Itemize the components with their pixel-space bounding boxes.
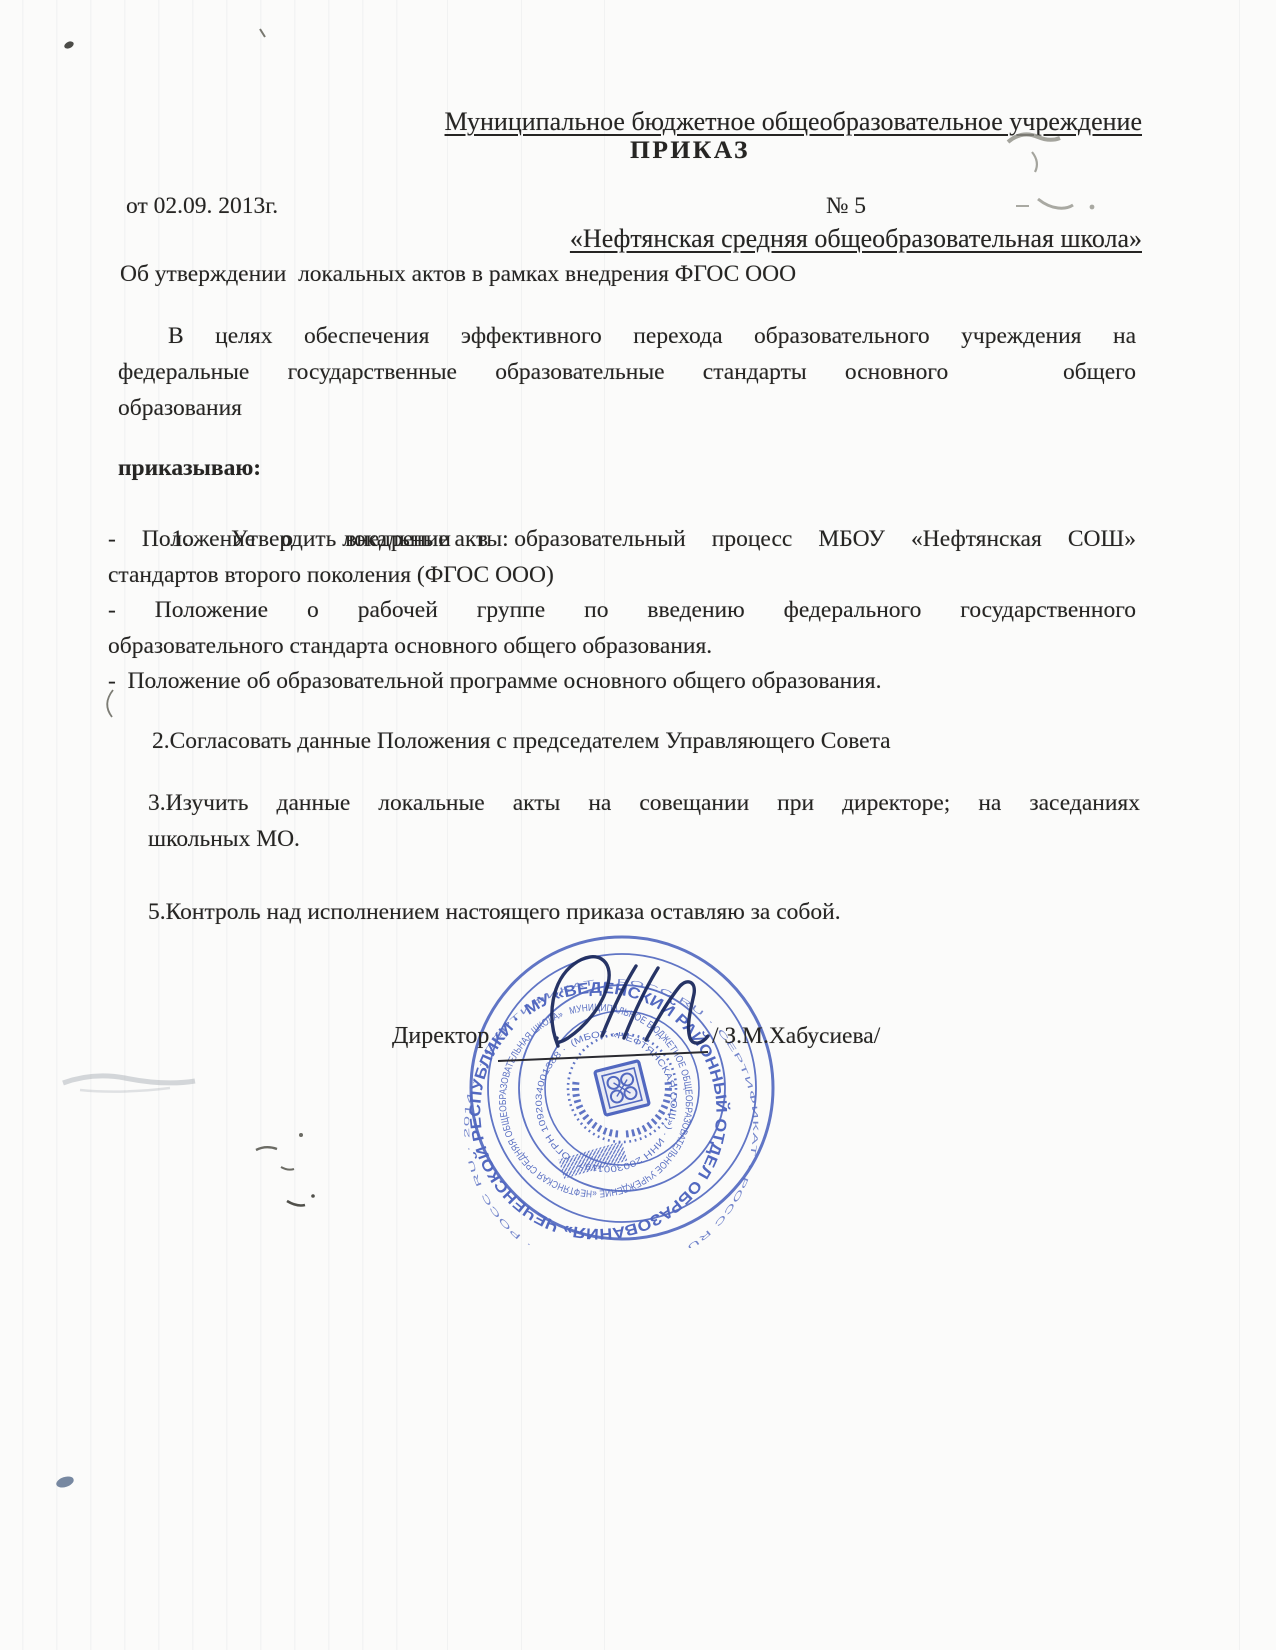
order-item-3: 3.Изучить данные локальные акты на совещ… bbox=[148, 785, 1140, 857]
local-act-2: - Положение о рабочей группе по введению… bbox=[108, 592, 1136, 664]
preamble-line: федеральные государственные образователь… bbox=[118, 354, 1136, 390]
ink-blob-bottom-left bbox=[55, 1474, 75, 1489]
scanned-order-document: Муниципальное бюджетное общеобразователь… bbox=[0, 0, 1276, 1650]
signature-role-label: Директор bbox=[392, 1018, 489, 1054]
signature-line bbox=[498, 1052, 708, 1061]
local-act-1-line: стандартов второго поколения (ФГОС ООО) bbox=[108, 557, 1136, 593]
pencil-marks-bottom-left bbox=[256, 1133, 315, 1206]
order-item-2: 2.Согласовать данные Положения с председ… bbox=[152, 723, 891, 759]
organization-name-line2: «Нефтянская средняя общеобразовательная … bbox=[445, 219, 1142, 258]
resolution-word: приказываю: bbox=[118, 450, 261, 486]
director-signature bbox=[480, 940, 880, 1080]
local-act-1: - Положение о внедрении в образовательны… bbox=[108, 521, 1136, 593]
signature-decoded-name: / З.М.Хабусиева/ bbox=[712, 1018, 880, 1054]
order-number: № 5 bbox=[826, 188, 866, 224]
preamble-line: образования bbox=[118, 390, 1136, 426]
order-subject: Об утверждении локальных актов в рамках … bbox=[120, 256, 796, 292]
preamble-line: В целях обеспечения эффективного переход… bbox=[118, 318, 1136, 354]
local-act-2-line: образовательного стандарта основного общ… bbox=[108, 628, 1136, 664]
scan-streak bbox=[1239, 0, 1240, 1650]
item-3-line: школьных МО. bbox=[148, 821, 1140, 857]
order-item-5: 5.Контроль над исполнением настоящего пр… bbox=[148, 894, 841, 930]
local-act-1-line: - Положение о внедрении в образовательны… bbox=[108, 521, 1136, 557]
order-date: от 02.09. 2013г. bbox=[126, 188, 278, 224]
document-title: ПРИКАЗ bbox=[630, 136, 750, 164]
pencil-smudge-left bbox=[63, 1076, 195, 1092]
item-3-line: 3.Изучить данные локальные акты на совещ… bbox=[148, 785, 1140, 821]
tick-artifact bbox=[260, 29, 265, 37]
signature-ink-scrawl bbox=[552, 957, 708, 1046]
ink-dot-artifact bbox=[63, 40, 75, 50]
organization-name-line1: Муниципальное бюджетное общеобразователь… bbox=[445, 102, 1142, 141]
preamble-paragraph: В целях обеспечения эффективного переход… bbox=[118, 318, 1136, 426]
local-act-3: - Положение об образовательной программе… bbox=[108, 663, 881, 699]
local-act-2-line: - Положение о рабочей группе по введению… bbox=[108, 592, 1136, 628]
